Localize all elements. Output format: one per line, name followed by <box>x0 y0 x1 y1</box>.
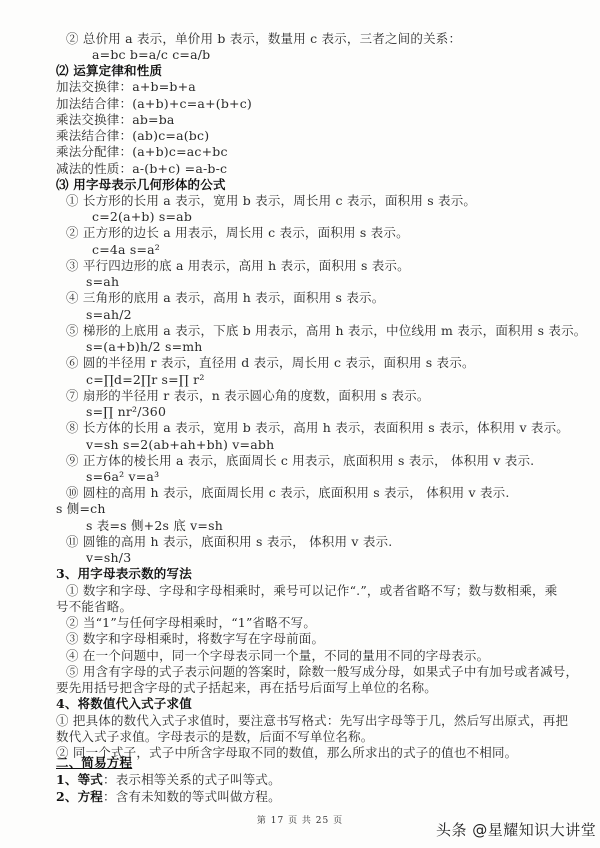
equation-definition: 2、方程：含有未知数的等式叫做方程。 <box>56 789 281 805</box>
text-line: ① 把具体的数代入式子求值时，要注意书写格式：先写出字母等于几，然后写出原式，再… <box>56 713 568 729</box>
equality-label: 1、等式 <box>56 772 103 787</box>
section-heading: ⑵ 运算定律和性质 <box>56 63 162 79</box>
equation-label: 2、方程 <box>56 789 103 804</box>
text-line: ① 长方形的长用 a 表示，宽用 b 表示，周长用 c 表示，面积用 s 表示。 <box>66 193 476 209</box>
equation-text: ：含有未知数的等式叫做方程。 <box>103 789 281 804</box>
text-line: s 表=s 侧+2s 底 v=sh <box>86 518 223 534</box>
text-line: s 侧=ch <box>56 501 106 517</box>
text-line: s=ah <box>86 274 119 290</box>
text-line: 乘法交换律：ab=ba <box>56 112 175 128</box>
text-line: ⑨ 正方体的棱长用 a 表示，底面周长 c 用表示，底面积用 s 表示， 体积用… <box>66 453 534 469</box>
text-line: ③ 数字和字母相乘时，将数字写在字母前面。 <box>66 631 324 647</box>
text-line: ③ 平行四边形的底 a 用表示，高用 h 表示，面积用 s 表示。 <box>66 258 410 274</box>
text-line: ⑤ 用含有字母的式子表示问题的答案时，除数一般写成分母，如果式子中有加号或者减号… <box>66 664 578 680</box>
text-line: ⑥ 圆的半径用 r 表示，直径用 d 表示，周长用 c 表示，面积用 s 表示。 <box>66 355 475 371</box>
text-line: s=(a+b)h/2 s=mh <box>86 339 203 355</box>
watermark: 头条 @星耀知识大讲堂 <box>436 819 596 840</box>
text-line: 加法交换律：a+b=b+a <box>56 79 196 95</box>
text-line: v=sh s=2(ab+ah+bh) v=abh <box>86 437 274 453</box>
text-line: 要先用括号把含字母的式子括起来，再在括号后面写上单位的名称。 <box>56 680 437 696</box>
text-line: ② 正方形的边长 a 用表示，周长用 c 表示，面积用 s 表示。 <box>66 225 409 241</box>
text-line: s=ah/2 <box>86 307 132 323</box>
text-line: 减法的性质：a-(b+c) =a-b-c <box>56 161 227 177</box>
text-line: ⑧ 长方体的长用 a 表示，宽用 b 表示，高用 h 表示，表面积用 s 表示，… <box>66 420 569 436</box>
text-line: ② 总价用 a 表示，单价用 b 表示，数量用 c 表示，三者之间的关系： <box>66 31 461 47</box>
text-line: s=6a² v=a³ <box>86 469 159 485</box>
section-heading: 3、用字母表示数的写法 <box>56 566 192 582</box>
text-line: ⑪ 圆锥的高用 h 表示，底面积用 s 表示， 体积用 v 表示. <box>66 534 392 550</box>
text-line: s=∏ nr²/360 <box>86 404 166 420</box>
document-page: ② 总价用 a 表示，单价用 b 表示，数量用 c 表示，三者之间的关系：a=b… <box>0 0 600 848</box>
text-line: 加法结合律：(a+b)+c=a+(b+c) <box>56 96 252 112</box>
text-line: ⑩ 圆柱的高用 h 表示，底面周长用 c 表示，底面积用 s 表示， 体积用 v… <box>66 485 510 501</box>
text-line: c=∏d=2∏r s=∏ r² <box>86 372 205 388</box>
text-line: ① 数字和字母、字母和字母相乘时，乘号可以记作“.”，或者省略不写；数与数相乘，… <box>66 583 557 599</box>
text-line: 数代入式子求值。字母表示的是数，后面不写单位名称。 <box>56 729 374 745</box>
text-line: 乘法分配律：(a+b)c=ac+bc <box>56 144 228 160</box>
text-line: 号不能省略。 <box>56 599 132 615</box>
text-line: ② 当“1”与任何字母相乘时，“1”省略不写。 <box>66 615 316 631</box>
text-line: 乘法结合律：(ab)c=a(bc) <box>56 128 209 144</box>
equality-text: ：表示相等关系的式子叫等式。 <box>103 772 281 787</box>
text-line: ⑦ 扇形的半径用 r 表示，n 表示圆心角的度数，面积用 s 表示。 <box>66 388 430 404</box>
equality-definition: 1、等式：表示相等关系的式子叫等式。 <box>56 772 281 788</box>
section-heading-simple-equations: 二、简易方程 <box>56 755 132 771</box>
text-line: c=2(a+b) s=ab <box>92 209 192 225</box>
text-line: c=4a s=a² <box>92 242 160 258</box>
text-line: ④ 三角形的底用 a 表示，高用 h 表示，面积用 s 表示。 <box>66 290 384 306</box>
text-line: ④ 在一个问题中，同一个字母表示同一个量，不同的量用不同的字母表示。 <box>66 648 489 664</box>
text-line: v=sh/3 <box>86 550 131 566</box>
text-line: ⑤ 梯形的上底用 a 表示，下底 b 用表示，高用 h 表示，中位线用 m 表示… <box>66 323 586 339</box>
text-line: a=bc b=a/c c=a/b <box>92 47 210 63</box>
section-heading: 4、将数值代入式子求值 <box>56 696 192 712</box>
section-heading: ⑶ 用字母表示几何形体的公式 <box>56 177 226 193</box>
